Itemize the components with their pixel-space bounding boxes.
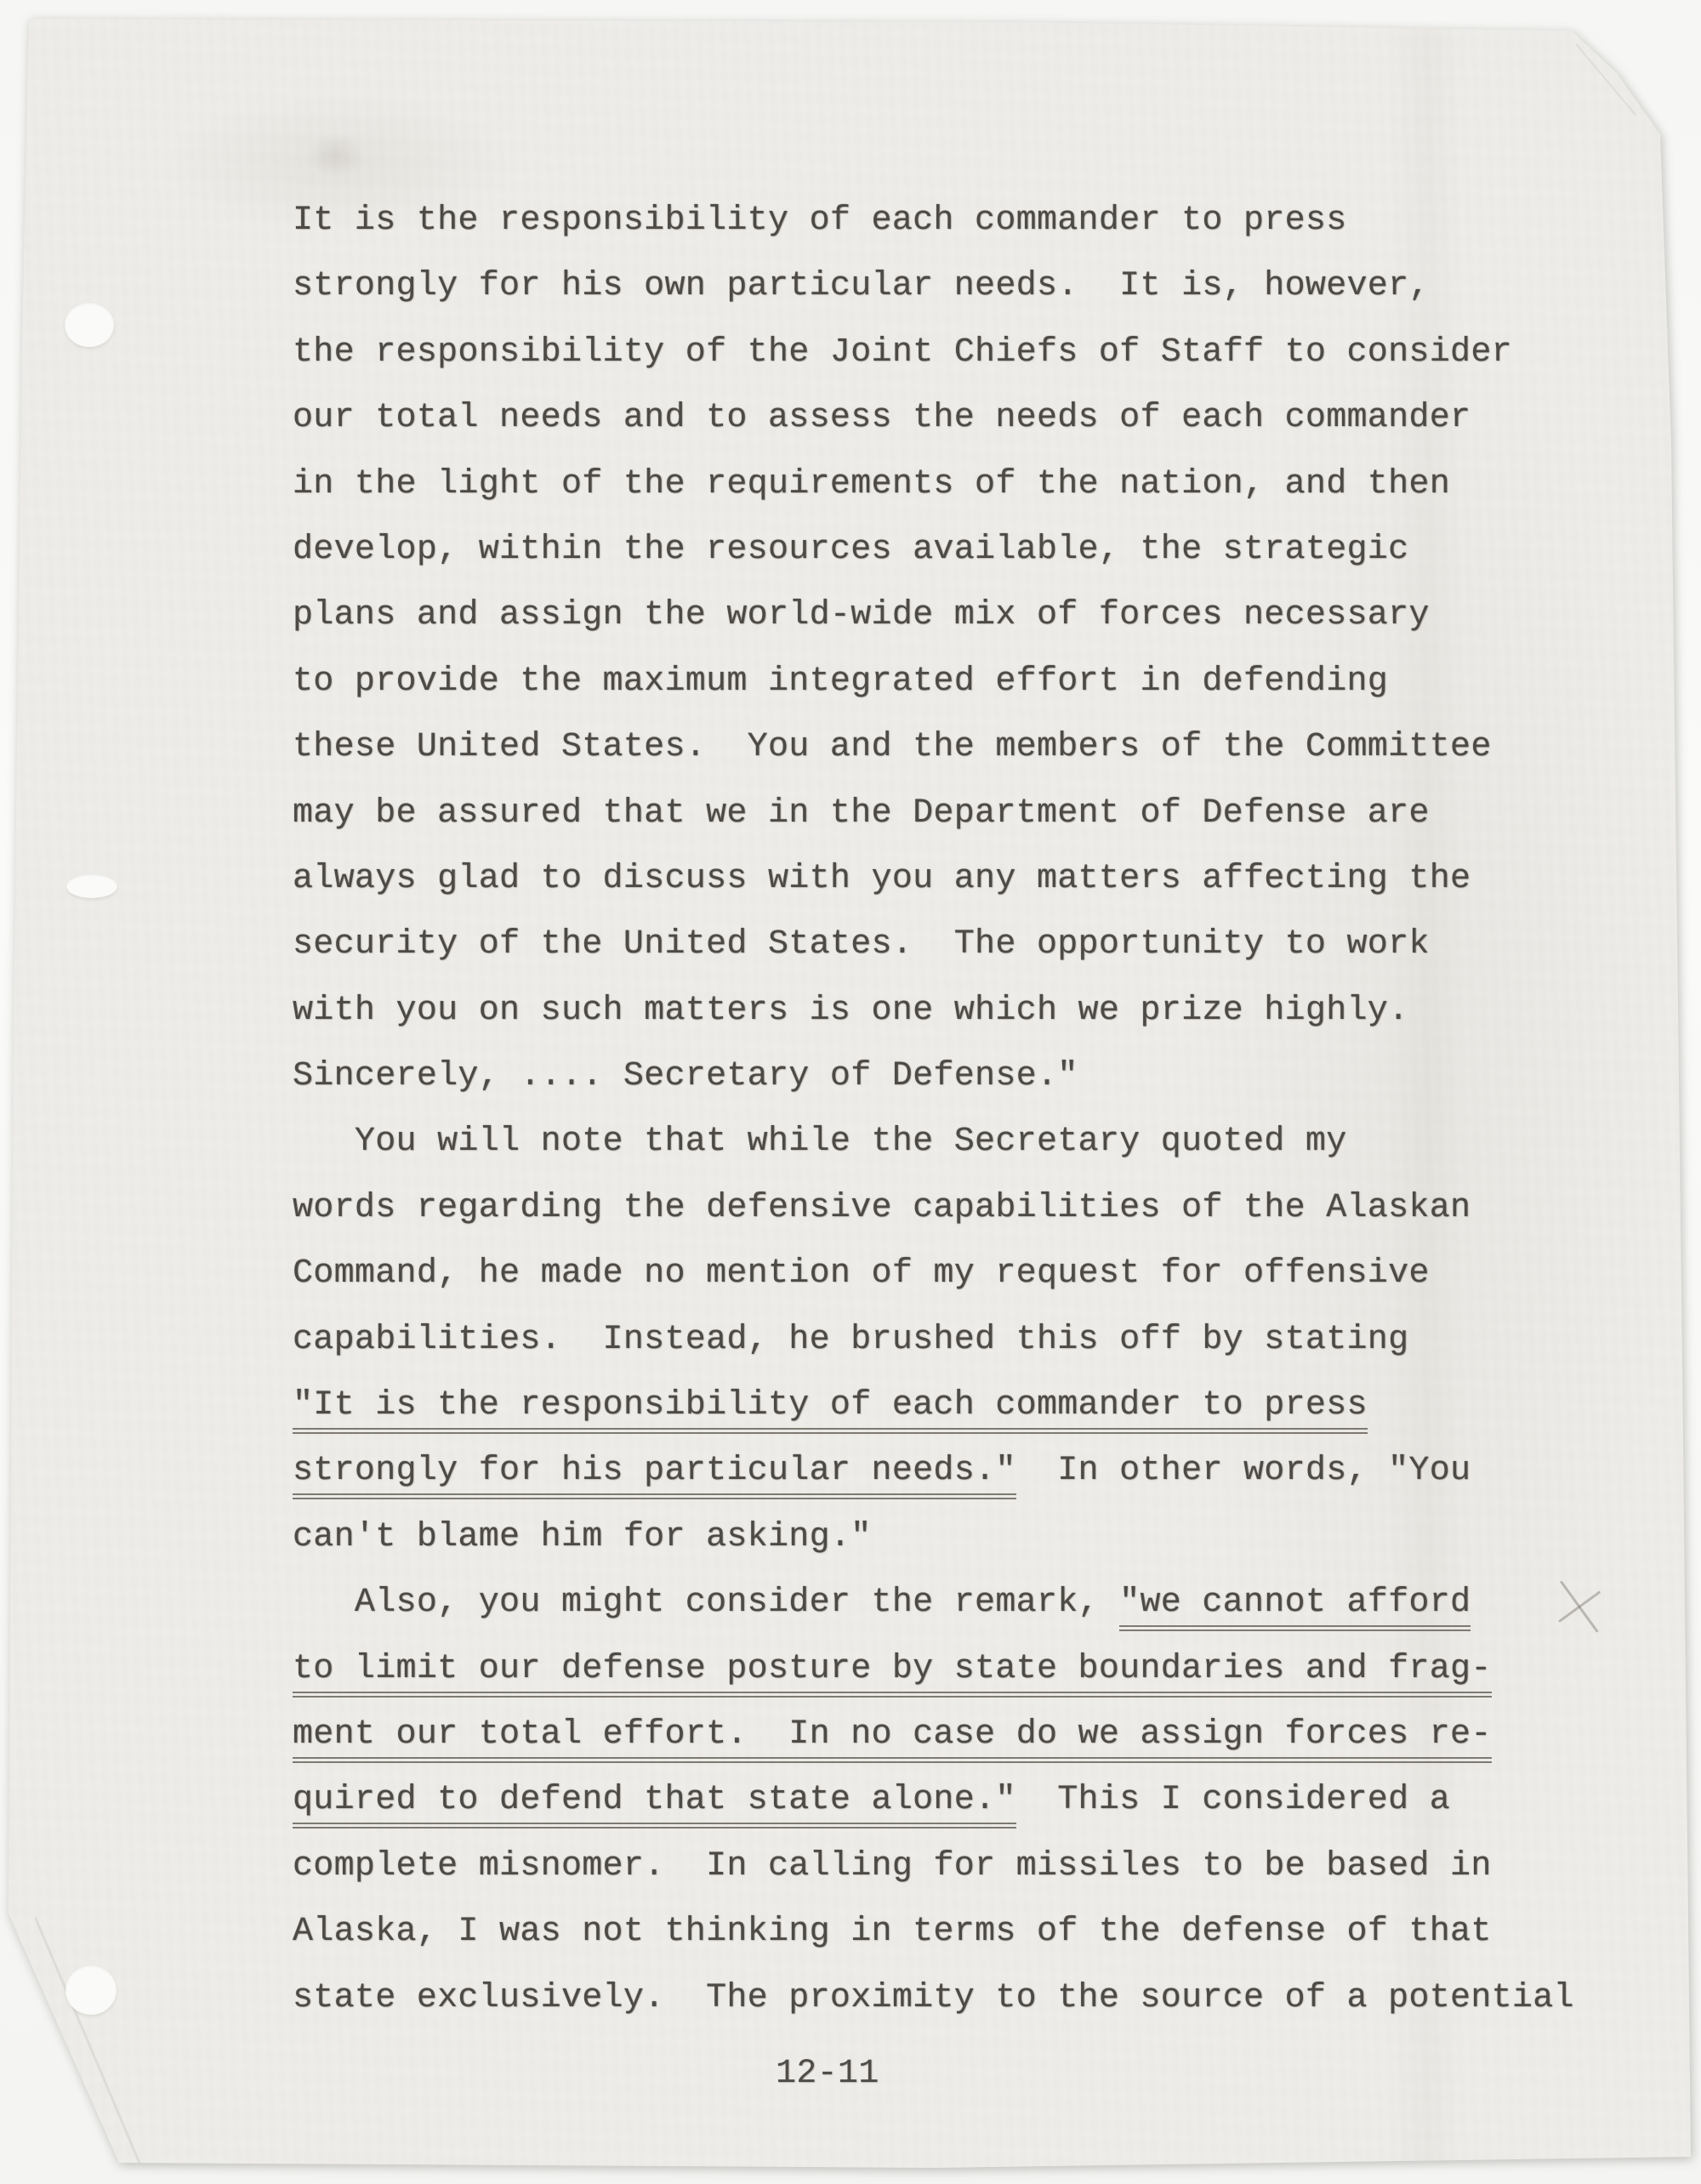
text-segment: capabilities. Instead, he brushed this o… (293, 1321, 1408, 1359)
text-segment: complete misnomer. In calling for missil… (293, 1847, 1492, 1885)
text-segment: words regarding the defensive capabiliti… (293, 1189, 1471, 1227)
document-line: quired to defend that state alone." This… (293, 1767, 1574, 1833)
text-segment: to provide the maximum integrated effort… (293, 663, 1388, 701)
text-segment: This I considered a (1016, 1781, 1450, 1819)
document-line: capabilities. Instead, he brushed this o… (293, 1307, 1574, 1373)
document-line: It is the responsibility of each command… (293, 188, 1574, 253)
text-segment: the responsibility of the Joint Chiefs o… (293, 333, 1512, 372)
document-line: plans and assign the world-wide mix of f… (293, 583, 1574, 648)
document-line: security of the United States. The oppor… (293, 912, 1574, 977)
document-line: Sincerely, .... Secretary of Defense." (293, 1044, 1574, 1109)
scanned-document-page: It is the responsibility of each command… (0, 0, 1701, 2184)
text-segment: state exclusively. The proximity to the … (293, 1979, 1574, 2017)
document-line: to limit our defense posture by state bo… (293, 1636, 1574, 1702)
text-segment: You will note that while the Secretary q… (293, 1123, 1347, 1161)
document-line: words regarding the defensive capabiliti… (293, 1175, 1574, 1241)
text-segment: these United States. You and the members… (293, 728, 1492, 766)
document-line: with you on such matters is one which we… (293, 978, 1574, 1044)
text-segment: in the light of the requirements of the … (293, 465, 1450, 503)
document-line: strongly for his own particular needs. I… (293, 253, 1574, 319)
text-segment: Sincerely, .... Secretary of Defense." (293, 1057, 1078, 1095)
pencil-x-mark-icon (1550, 1576, 1609, 1637)
document-line: Also, you might consider the remark, "we… (293, 1570, 1574, 1635)
document-line: in the light of the requirements of the … (293, 452, 1574, 517)
document-line: always glad to discuss with you any matt… (293, 846, 1574, 912)
text-segment: security of the United States. The oppor… (293, 925, 1430, 964)
hole-punch-icon (66, 874, 117, 898)
document-line: strongly for his particular needs." In o… (293, 1438, 1574, 1504)
document-line: these United States. You and the members… (293, 714, 1574, 780)
underlined-text: "we cannot afford (1119, 1584, 1471, 1631)
text-segment: In other words, "You (1016, 1452, 1471, 1490)
document-line: develop, within the resources available,… (293, 517, 1574, 583)
document-line: can't blame him for asking." (293, 1504, 1574, 1570)
text-segment: can't blame him for asking." (293, 1518, 872, 1556)
document-text: It is the responsibility of each command… (293, 188, 1574, 2031)
text-segment: Command, he made no mention of my reques… (293, 1254, 1430, 1293)
document-line: may be assured that we in the Department… (293, 781, 1574, 846)
text-segment: our total needs and to assess the needs … (293, 399, 1471, 437)
text-segment: develop, within the resources available,… (293, 531, 1408, 569)
ink-smudge (298, 123, 374, 187)
document-line: ment our total effort. In no case do we … (293, 1702, 1574, 1767)
text-segment: may be assured that we in the Department… (293, 794, 1430, 833)
text-segment: Also, you might consider the remark, (293, 1584, 1119, 1622)
document-line: Command, he made no mention of my reques… (293, 1241, 1574, 1306)
text-segment: always glad to discuss with you any matt… (293, 860, 1471, 898)
text-segment: plans and assign the world-wide mix of f… (293, 596, 1430, 634)
underlined-text: strongly for his particular needs." (293, 1452, 1016, 1499)
document-line: to provide the maximum integrated effort… (293, 649, 1574, 714)
document-line: our total needs and to assess the needs … (293, 385, 1574, 451)
underlined-text: "It is the responsibility of each comman… (293, 1386, 1368, 1434)
document-line: state exclusively. The proximity to the … (293, 1965, 1574, 2031)
text-segment: with you on such matters is one which we… (293, 992, 1408, 1030)
document-line: Alaska, I was not thinking in terms of t… (293, 1899, 1574, 1965)
text-segment: Alaska, I was not thinking in terms of t… (293, 1913, 1492, 1951)
page-number: 12-11 (776, 2041, 879, 2107)
hole-punch-icon (65, 303, 114, 347)
underlined-text: ment our total effort. In no case do we … (293, 1715, 1492, 1763)
underlined-text: to limit our defense posture by state bo… (293, 1650, 1492, 1698)
document-line: You will note that while the Secretary q… (293, 1109, 1574, 1174)
underlined-text: quired to defend that state alone." (293, 1781, 1016, 1829)
document-line: complete misnomer. In calling for missil… (293, 1834, 1574, 1899)
document-line: "It is the responsibility of each comman… (293, 1373, 1574, 1438)
text-segment: It is the responsibility of each command… (293, 202, 1347, 240)
paper-sheet-wrapper: It is the responsibility of each command… (0, 0, 1701, 2184)
paper-sheet: It is the responsibility of each command… (0, 0, 1701, 2184)
text-segment: strongly for his own particular needs. I… (293, 267, 1430, 305)
document-line: the responsibility of the Joint Chiefs o… (293, 320, 1574, 385)
hole-punch-icon (65, 1965, 117, 2015)
